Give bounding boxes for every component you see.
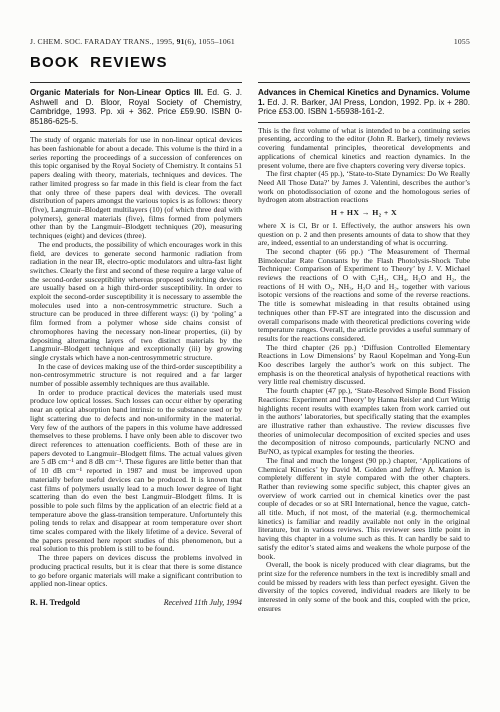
paragraph: This is the first volume of what is inte…	[258, 127, 470, 171]
review-column-right: Advances in Chemical Kinetics and Dynami…	[258, 82, 470, 613]
paragraph: In the case of devices making use of the…	[30, 363, 242, 389]
section-title: BOOK REVIEWS	[30, 54, 470, 71]
signature-row: R. H. Tredgold Received 11th July, 1994	[30, 598, 242, 607]
review-column-left: Organic Materials for Non-Linear Optics …	[30, 82, 242, 613]
running-head: J. CHEM. SOC. FARADAY TRANS., 1995, 91(6…	[30, 37, 470, 46]
paragraph: The study of organic materials for use i…	[30, 136, 242, 240]
page-number: 1055	[454, 37, 470, 46]
paragraph: where X is Cl, Br or I. Effectively, the…	[258, 222, 470, 248]
received-date: Received 11th July, 1994	[164, 598, 242, 607]
book-heading: Organic Materials for Non-Linear Optics …	[30, 82, 242, 132]
paragraph: The final and much the longest (90 pp.) …	[258, 457, 470, 561]
two-column-layout: Organic Materials for Non-Linear Optics …	[30, 82, 470, 613]
paragraph: The three papers on devices discuss the …	[30, 554, 242, 589]
reaction-equation: H + HX → H₂ + X	[258, 209, 470, 218]
journal-citation: J. CHEM. SOC. FARADAY TRANS., 1995, 91(6…	[30, 37, 235, 46]
journal-citation-suffix: (6), 1055–1061	[185, 37, 235, 46]
paragraph: The end products, the possibility of whi…	[30, 241, 242, 363]
paragraph: The first chapter (45 pp.), ‘State-to-St…	[258, 170, 470, 205]
paragraph: Overall, the book is nicely produced wit…	[258, 561, 470, 613]
journal-volume: 91	[177, 37, 185, 46]
paragraph: The third chapter (26 pp.) ‘Diffusion Co…	[258, 344, 470, 388]
review-text: The study of organic materials for use i…	[30, 136, 242, 589]
paragraph: In order to produce practical devices th…	[30, 389, 242, 554]
book-title: Organic Materials for Non-Linear Optics …	[30, 88, 203, 97]
journal-page: J. CHEM. SOC. FARADAY TRANS., 1995, 91(6…	[0, 0, 500, 712]
paragraph: The fourth chapter (47 pp.), ‘State-Reso…	[258, 387, 470, 457]
reviewer-name: R. H. Tredgold	[30, 598, 80, 607]
book-details: Ed. J. R. Barker, JAI Press, London, 199…	[258, 98, 470, 117]
paragraph: The second chapter (66 pp.) ‘The Measure…	[258, 248, 470, 344]
journal-citation-prefix: J. CHEM. SOC. FARADAY TRANS., 1995,	[30, 37, 177, 46]
review-text: This is the first volume of what is inte…	[258, 127, 470, 614]
book-heading: Advances in Chemical Kinetics and Dynami…	[258, 82, 470, 123]
